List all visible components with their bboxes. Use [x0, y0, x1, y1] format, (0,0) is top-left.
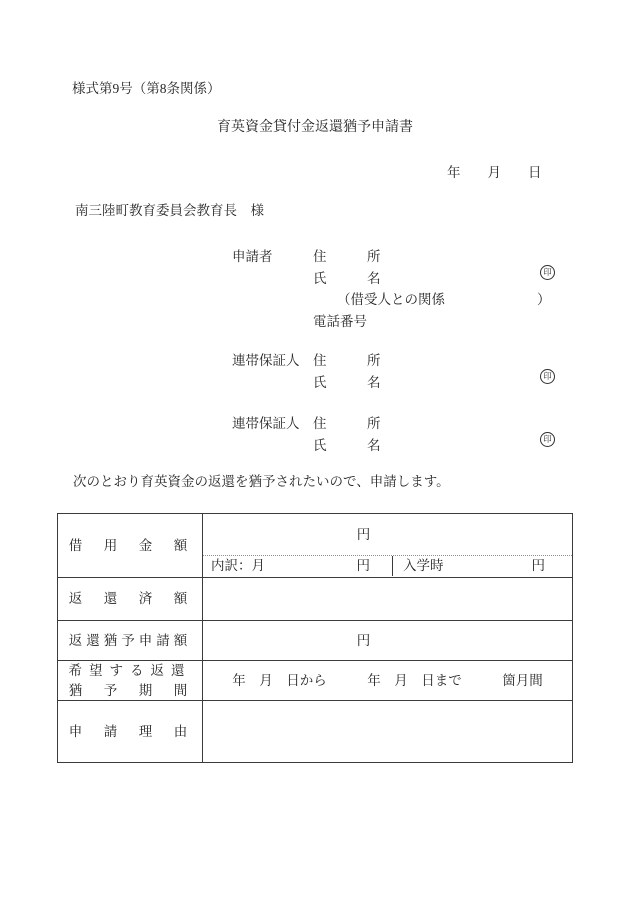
document-title: 育英資金貸付金返還猶予申請書	[0, 120, 630, 136]
breakdown-monthly-unit: 円	[357, 558, 371, 574]
applicant-seal-icon: 印	[540, 265, 555, 280]
guarantor2-address-label: 住 所	[313, 416, 381, 432]
statement-text: 次のとおり育英資金の返還を猶予されたいので、申請します。	[73, 474, 450, 490]
breakdown-monthly-cell: 内訳：月 円	[203, 556, 393, 576]
loan-amount-total-cell: 円	[203, 514, 572, 556]
guarantor2-role-label: 連帯保証人	[232, 416, 300, 432]
deferment-amount-label: 返還猶予申請額	[58, 621, 203, 660]
breakdown-admission-cell: 入学時 円	[393, 556, 572, 576]
loan-amount-breakdown-row: 内訳：月 円 入学時 円	[203, 556, 572, 576]
borrower-relation-close-paren: ）	[537, 292, 551, 308]
borrower-relation-label: （借受人との関係	[337, 292, 445, 308]
reason-label: 申 請 理 由	[58, 701, 203, 762]
loan-amount-label: 借 用 金 額	[58, 514, 203, 577]
repaid-amount-label: 返 還 済 額	[58, 578, 203, 620]
application-table: 借 用 金 額 円 内訳：月 円 入学時 円 返 還	[57, 513, 573, 763]
deferment-amount-value-cell: 円	[203, 621, 572, 660]
table-row-repaid-amount: 返 還 済 額	[58, 577, 572, 620]
deferment-period-label: 希望する返還 猶 予 期 間	[58, 661, 203, 700]
breakdown-admission-label: 入学時	[403, 558, 444, 574]
guarantor2-seal-icon: 印	[540, 432, 555, 447]
guarantor1-name-label: 氏 名	[313, 375, 381, 391]
loan-amount-unit: 円	[357, 527, 371, 543]
guarantor2-name-label: 氏 名	[313, 438, 381, 454]
repaid-amount-value-cell	[203, 578, 572, 620]
application-form-page: 様式第9号（第8条関係） 育英資金貸付金返還猶予申請書 年 月 日 南三陸町教育…	[0, 0, 630, 903]
reason-value-cell	[203, 701, 572, 762]
deferment-period-label-line1: 希望する返還	[69, 661, 192, 681]
breakdown-admission-unit: 円	[532, 558, 546, 574]
applicant-phone-label: 電話番号	[313, 314, 367, 330]
guarantor1-address-label: 住 所	[313, 353, 381, 369]
loan-amount-value-area: 円 内訳：月 円 入学時 円	[203, 514, 572, 577]
addressee: 南三陸町教育委員会教育長 様	[75, 203, 264, 219]
table-row-reason: 申 請 理 由	[58, 700, 572, 762]
table-row-deferment-amount: 返還猶予申請額 円	[58, 620, 572, 660]
table-row-deferment-period: 希望する返還 猶 予 期 間 年 月 日から 年 月 日まで 箇月間	[58, 660, 572, 700]
applicant-role-label: 申請者	[232, 249, 273, 265]
breakdown-monthly-label: 内訳：月	[211, 558, 265, 574]
deferment-period-value: 年 月 日から 年 月 日まで 箇月間	[232, 673, 543, 689]
deferment-period-label-line2: 猶 予 期 間	[69, 681, 192, 701]
guarantor1-seal-icon: 印	[540, 369, 555, 384]
deferment-amount-unit: 円	[357, 633, 371, 649]
guarantor1-role-label: 連帯保証人	[232, 353, 300, 369]
applicant-address-label: 住 所	[313, 249, 381, 265]
date-line: 年 月 日	[447, 165, 542, 181]
form-number: 様式第9号（第8条関係）	[72, 81, 221, 97]
table-row-loan-amount: 借 用 金 額 円 内訳：月 円 入学時 円	[58, 514, 572, 577]
applicant-name-label: 氏 名	[313, 271, 381, 287]
deferment-period-value-cell: 年 月 日から 年 月 日まで 箇月間	[203, 661, 572, 700]
